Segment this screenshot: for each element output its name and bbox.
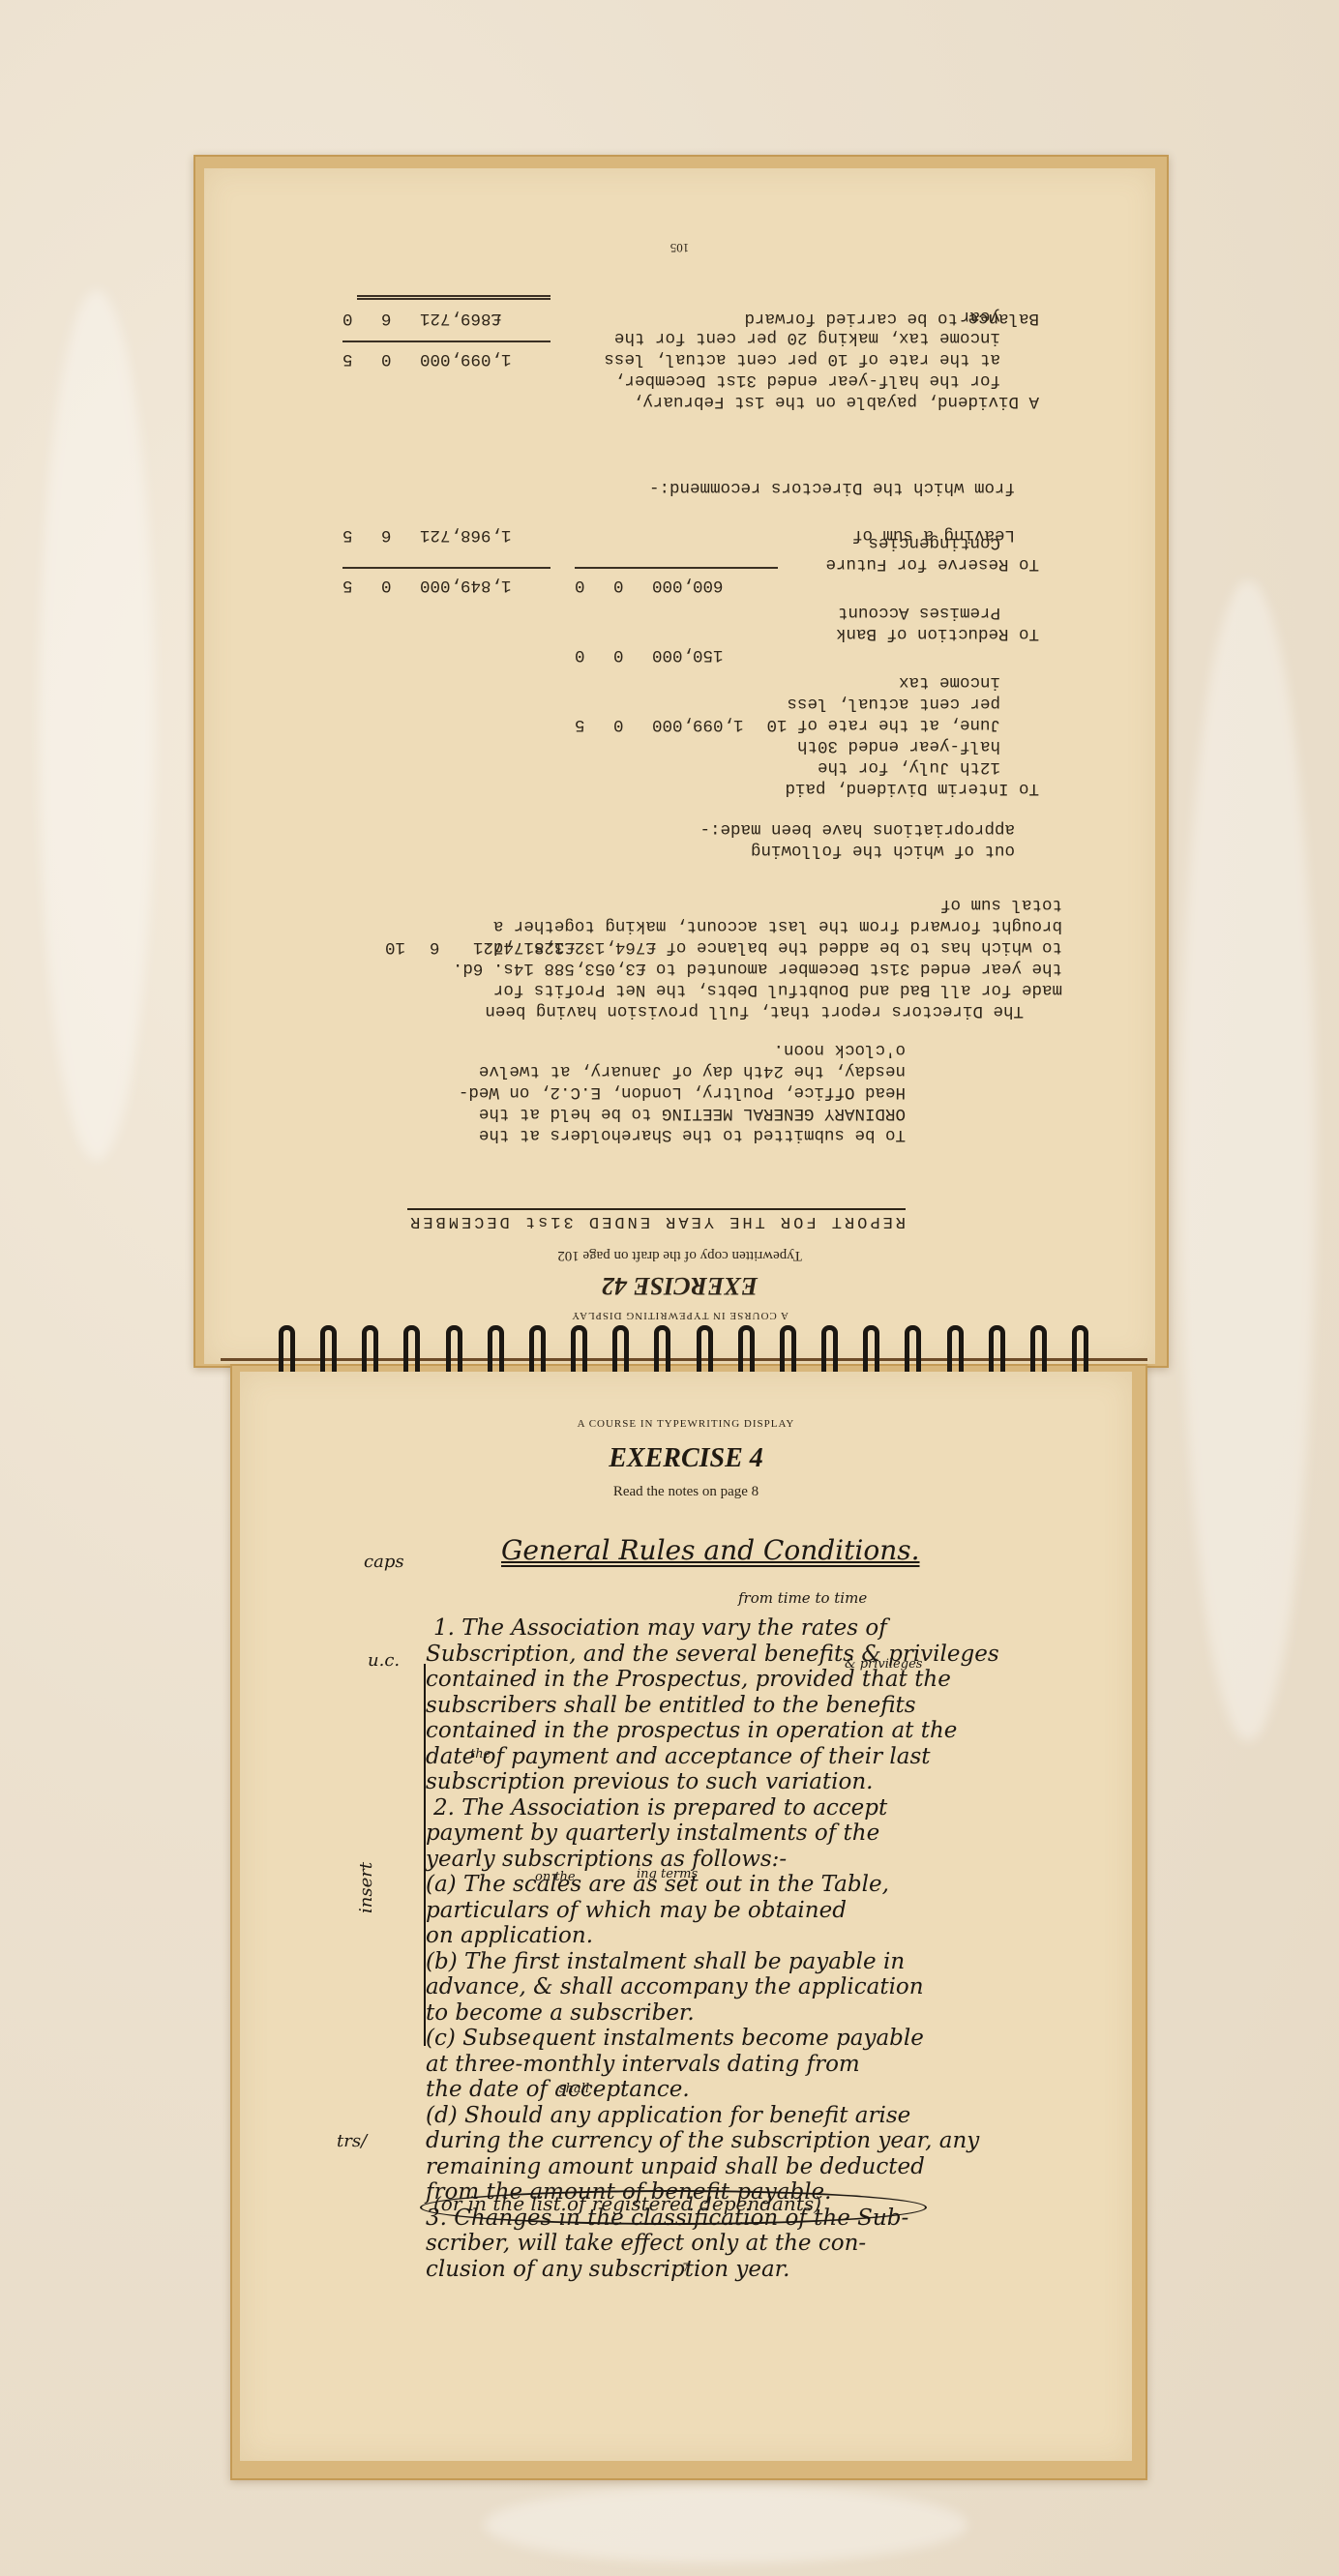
handwritten-line: (d) Should any application for benefit a…	[426, 2103, 910, 2128]
interim-shillings: 0	[613, 714, 642, 735]
insertion-on-the: on the	[535, 1870, 576, 1884]
handwritten-title: General Rules and Conditions.	[501, 1534, 920, 1566]
handwritten-line: contained in the prospectus in operation…	[426, 1718, 957, 1743]
exercise-subtitle: Typewritten copy of the draft on page 10…	[204, 1247, 1155, 1263]
total-sum-pence: 10	[385, 936, 420, 958]
leaving-shillings: 6	[381, 524, 410, 546]
interim-pence: 5	[575, 714, 604, 735]
series-title: A COURSE IN TYPEWRITING DISPLAY	[240, 1418, 1132, 1430]
handwritten-line: subscribers shall be entitled to the ben…	[426, 1693, 916, 1718]
insertion-shall: shall	[559, 2082, 589, 2096]
cloth-fold	[39, 290, 155, 1161]
balance-pounds: £869,721	[420, 308, 555, 329]
leaving-label: Leaving a sum of	[852, 524, 1015, 546]
insertion-from-time-to-time: from time to time	[738, 1589, 867, 1607]
handwritten-line: at three-monthly intervals dating from	[426, 2052, 860, 2077]
balance-shillings: 6	[381, 308, 410, 329]
margin-note-insert: insert	[356, 1862, 376, 1913]
leaving-pence: 5	[342, 524, 372, 546]
upper-page: A COURSE IN TYPEWRITING DISPLAY EXERCISE…	[204, 168, 1155, 1364]
handwritten-line: scriber, will take effect only at the co…	[426, 2231, 866, 2256]
insertion-following-terms: ing terms	[637, 1867, 698, 1881]
balance-double-rule	[357, 295, 550, 300]
subtotal-rule	[575, 567, 778, 569]
leaving-pounds: 1,968,721	[420, 524, 555, 546]
final-dividend: A Dividend, payable on the 1st February,…	[604, 263, 1039, 455]
handwritten-line: the date of acceptance.	[426, 2077, 690, 2102]
balance-label: Balance to be carried forward	[744, 308, 1039, 329]
handwritten-line: 2. The Association is prepared to accept	[433, 1795, 887, 1821]
bank-premises-pence: 0	[575, 644, 604, 666]
balance-pence: 0	[342, 308, 372, 329]
handwritten-line: date of payment and acceptance of their …	[426, 1744, 931, 1769]
dividend-rule	[342, 341, 550, 342]
dividend-pence: 5	[342, 348, 372, 370]
reserve-pounds: 600,000	[652, 575, 788, 596]
appropriations-total-pounds: 1,849,000	[420, 575, 555, 596]
interim-pounds: 1,099,000	[652, 714, 788, 735]
handwritten-line: on application.	[426, 1923, 593, 1948]
insertion-privileges: & privileges	[845, 1657, 922, 1672]
reserve-shillings: 0	[613, 575, 642, 596]
appropriations-total-shillings: 0	[381, 575, 410, 596]
handwritten-line: subscription previous to such variation.	[426, 1769, 873, 1794]
cloth-fold	[1180, 580, 1316, 1741]
reserve-pence: 0	[575, 575, 604, 596]
insert-bracket	[424, 1664, 426, 2046]
handwritten-line: payment by quarterly instalments of the	[426, 1821, 879, 1846]
margin-note-trs: trs/	[337, 2131, 367, 2151]
upper-page-content-rotated: A COURSE IN TYPEWRITING DISPLAY EXERCISE…	[204, 168, 1155, 1364]
handwritten-line: (c) Subsequent instalments become payabl…	[426, 2026, 924, 2051]
handwritten-line: 1. The Association may vary the rates of	[433, 1615, 887, 1641]
total-sum-shillings: 6	[430, 936, 459, 958]
dividend-shillings: 0	[381, 348, 410, 370]
total-sum-pounds: £3,817,721	[473, 936, 618, 958]
page-number: 7	[240, 2260, 1132, 2275]
total-rule	[342, 567, 550, 569]
exercise-subtitle: Read the notes on page 8	[240, 1484, 1132, 1500]
lower-page: A COURSE IN TYPEWRITING DISPLAY EXERCISE…	[240, 1372, 1132, 2461]
insertion-the: the	[470, 1747, 491, 1762]
insertion-registered-dependants: (or in the list of registered dependants…	[433, 2192, 821, 2215]
dividend-pounds: 1,099,000	[420, 348, 555, 370]
appropriations-total-pence: 5	[342, 575, 372, 596]
exercise-heading: EXERCISE 42	[204, 1271, 1155, 1300]
series-title: A COURSE IN TYPEWRITING DISPLAY	[204, 1310, 1155, 1321]
appropriation-reserve: To Reserve for FutureContingencies	[825, 489, 1039, 617]
report-title: REPORT FOR THE YEAR ENDED 31st DECEMBER	[407, 1208, 906, 1230]
margin-note-caps: caps	[364, 1552, 404, 1572]
page-number: 105	[204, 240, 1155, 255]
handwritten-line: remaining amount unpaid shall be deducte…	[426, 2154, 925, 2179]
handwritten-line: during the currency of the subscription …	[426, 2128, 979, 2153]
handwritten-line: particulars of which may be obtained	[426, 1898, 847, 1923]
cloth-fold	[484, 2486, 967, 2563]
exercise-heading: EXERCISE 4	[240, 1443, 1132, 1474]
handwritten-line: advance, & shall accompany the applicati…	[426, 1974, 924, 1999]
handwritten-line: yearly subscriptions as follows:-	[426, 1847, 787, 1872]
bank-premises-shillings: 0	[613, 644, 642, 666]
bank-premises-pounds: 150,000	[652, 644, 788, 666]
recommend-intro: from which the Directors recommend:-	[649, 477, 1015, 498]
handwritten-line: (b) The first instalment shall be payabl…	[426, 1949, 905, 1974]
margin-note-uc: u.c.	[368, 1650, 400, 1671]
handwritten-line: to become a subscriber.	[426, 2000, 695, 2026]
